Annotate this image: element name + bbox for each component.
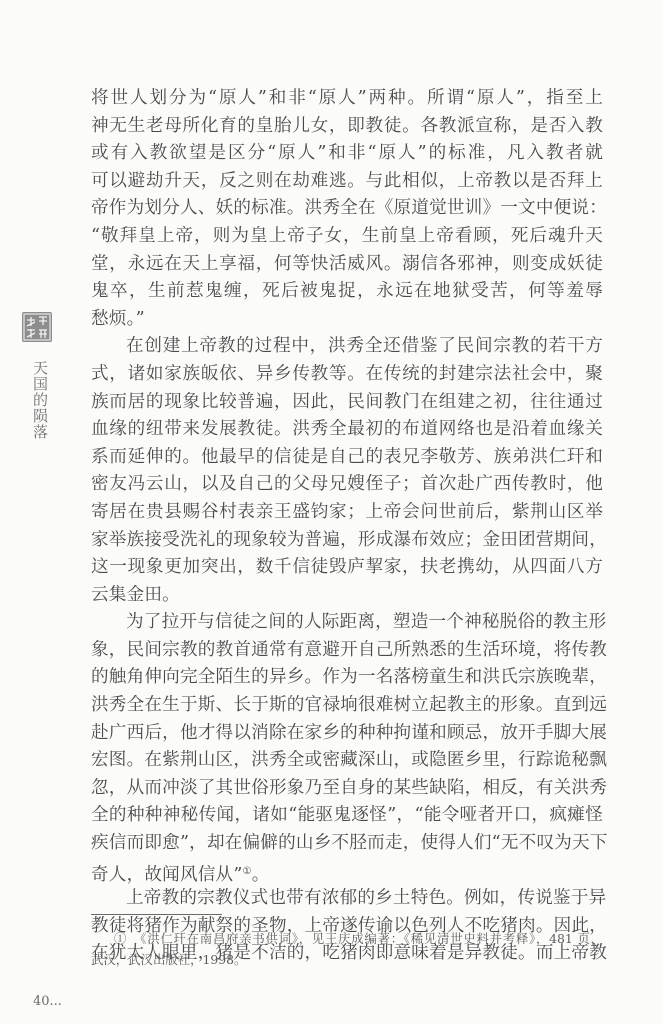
text-line: 将世人划分为“原人”和非“原人”两种。所谓“原人”，指至上 xyxy=(91,85,603,113)
text-line: 洪秀全在生于斯、长于斯的官禄垧很难树立起教主的形象。直到远 xyxy=(91,692,603,720)
text-line: 族而居的现象比较普遍，因此，民间教门在组建之初，往往通过 xyxy=(91,389,603,417)
footnote-reference[interactable]: ① xyxy=(243,866,252,877)
text-line: 帝作为划分人、妖的标准。洪秀全在《原道觉世训》一文中便说： xyxy=(91,195,603,223)
text-line: 寄居在贵县赐谷村表亲王盛钧家；上帝会问世前后，紫荆山区举 xyxy=(91,499,603,527)
seal-glyph-icon xyxy=(22,312,52,342)
text-line: 宏图。在紫荆山区，洪秀全或密藏深山，或隐匿乡里，行踪诡秘飘 xyxy=(91,747,603,775)
text-line: 血缘的纽带来发展教徒。洪秀全最初的布道网络也是沿着血缘关 xyxy=(91,416,603,444)
paragraph-start-line: 上帝教的宗教仪式也带有浓郁的乡土特色。例如，传说鉴于异 xyxy=(91,885,603,913)
book-page: 天国的陨落 将世人划分为“原人”和非“原人”两种。所谓“原人”，指至上 神无生老… xyxy=(0,0,663,1024)
text-line: 或有入教欲望是区分“原人”和非“原人”的标准，凡入教者就 xyxy=(91,140,603,168)
body-text: 将世人划分为“原人”和非“原人”两种。所谓“原人”，指至上 神无生老母所化育的皇… xyxy=(91,85,603,968)
footnote: ① 《洪仁玕在南昌府亲书供词》，见王庆成编著：《稀见清世史料并考释》，481 页… xyxy=(91,928,603,970)
text-line: 全的种种神秘传闻，诸如“能驱鬼逐怪”，“能令哑者开口，疯瘫怪 xyxy=(91,802,603,830)
text-line-with-note: 奇人，故闻风信从”①。 xyxy=(91,858,603,886)
text-line: 愁烦。” xyxy=(91,306,603,334)
text-line: 云集金田。 xyxy=(91,582,603,610)
page-number: 40... xyxy=(33,994,62,1009)
text-line: 疾信而即愈”，却在偏僻的山乡不胫而走，使得人们“无不叹为天下 xyxy=(91,830,603,858)
footnote-line: 武汉，武汉出版社，1998。 xyxy=(91,949,603,970)
text-line: 鬼卒，生前惹鬼缠，死后被鬼捉，永远在地狱受苦，何等羞辱 xyxy=(91,278,603,306)
text-line: 式，诸如家族皈依、异乡传教等。在传统的封建宗法社会中，聚 xyxy=(91,361,603,389)
text-line: 神无生老母所化育的皇胎儿女，即教徒。各教派宣称，是否入教 xyxy=(91,113,603,141)
paragraph-start-line: 为了拉开与信徒之间的人际距离，塑造一个神秘脱俗的教主形 xyxy=(91,609,603,637)
text-line: 堂，永远在天上享福，何等快活威风。溺信各邪神，则变成妖徒 xyxy=(91,251,603,279)
text-line: 的触角伸向完全陌生的异乡。作为一名落榜童生和洪氏宗族晚辈， xyxy=(91,664,603,692)
text-line: 家举族接受洗礼的现象较为普遍，形成瀑布效应；金田团营期间， xyxy=(91,527,603,555)
text-line: 这一现象更加突出，数千信徒毁庐挈家，扶老携幼，从四面八方 xyxy=(91,554,603,582)
text-line: “敬拜皇上帝，则为皇上帝子女，生前皇上帝看顾，死后魂升天 xyxy=(91,223,603,251)
text-line: 可以避劫升天，反之则在劫难逃。与此相似，上帝教以是否拜上 xyxy=(91,168,603,196)
footnote-line: ① 《洪仁玕在南昌府亲书供词》，见王庆成编著：《稀见清世史料并考释》，481 页… xyxy=(91,928,603,949)
text-line: 赴广西后，他才得以消除在家乡的种种拘谨和顾忌，放开手脚大展 xyxy=(91,720,603,748)
text-line: 忽，从而冲淡了其世俗形象乃至自身的某些缺陷，相反，有关洪秀 xyxy=(91,775,603,803)
text-line: 奇人，故闻风信从” xyxy=(91,865,243,885)
footnote-divider xyxy=(91,914,222,915)
text-line: 密友冯云山，以及自己的父母兄嫂侄子；首次赴广西传教时，他 xyxy=(91,471,603,499)
text-line: 系而延伸的。他最早的信徒是自己的表兄李敬芳、族弟洪仁玕和 xyxy=(91,444,603,472)
seal-stamp-icon xyxy=(22,312,52,342)
paragraph-start-line: 在创建上帝教的过程中，洪秀全还借鉴了民间宗教的若干方 xyxy=(91,333,603,361)
running-title-vertical: 天国的陨落 xyxy=(30,360,48,440)
text-line-tail: 。 xyxy=(252,865,270,885)
text-line: 象，民间宗教的教首通常有意避开自己所熟悉的生活环境，将传教 xyxy=(91,637,603,665)
